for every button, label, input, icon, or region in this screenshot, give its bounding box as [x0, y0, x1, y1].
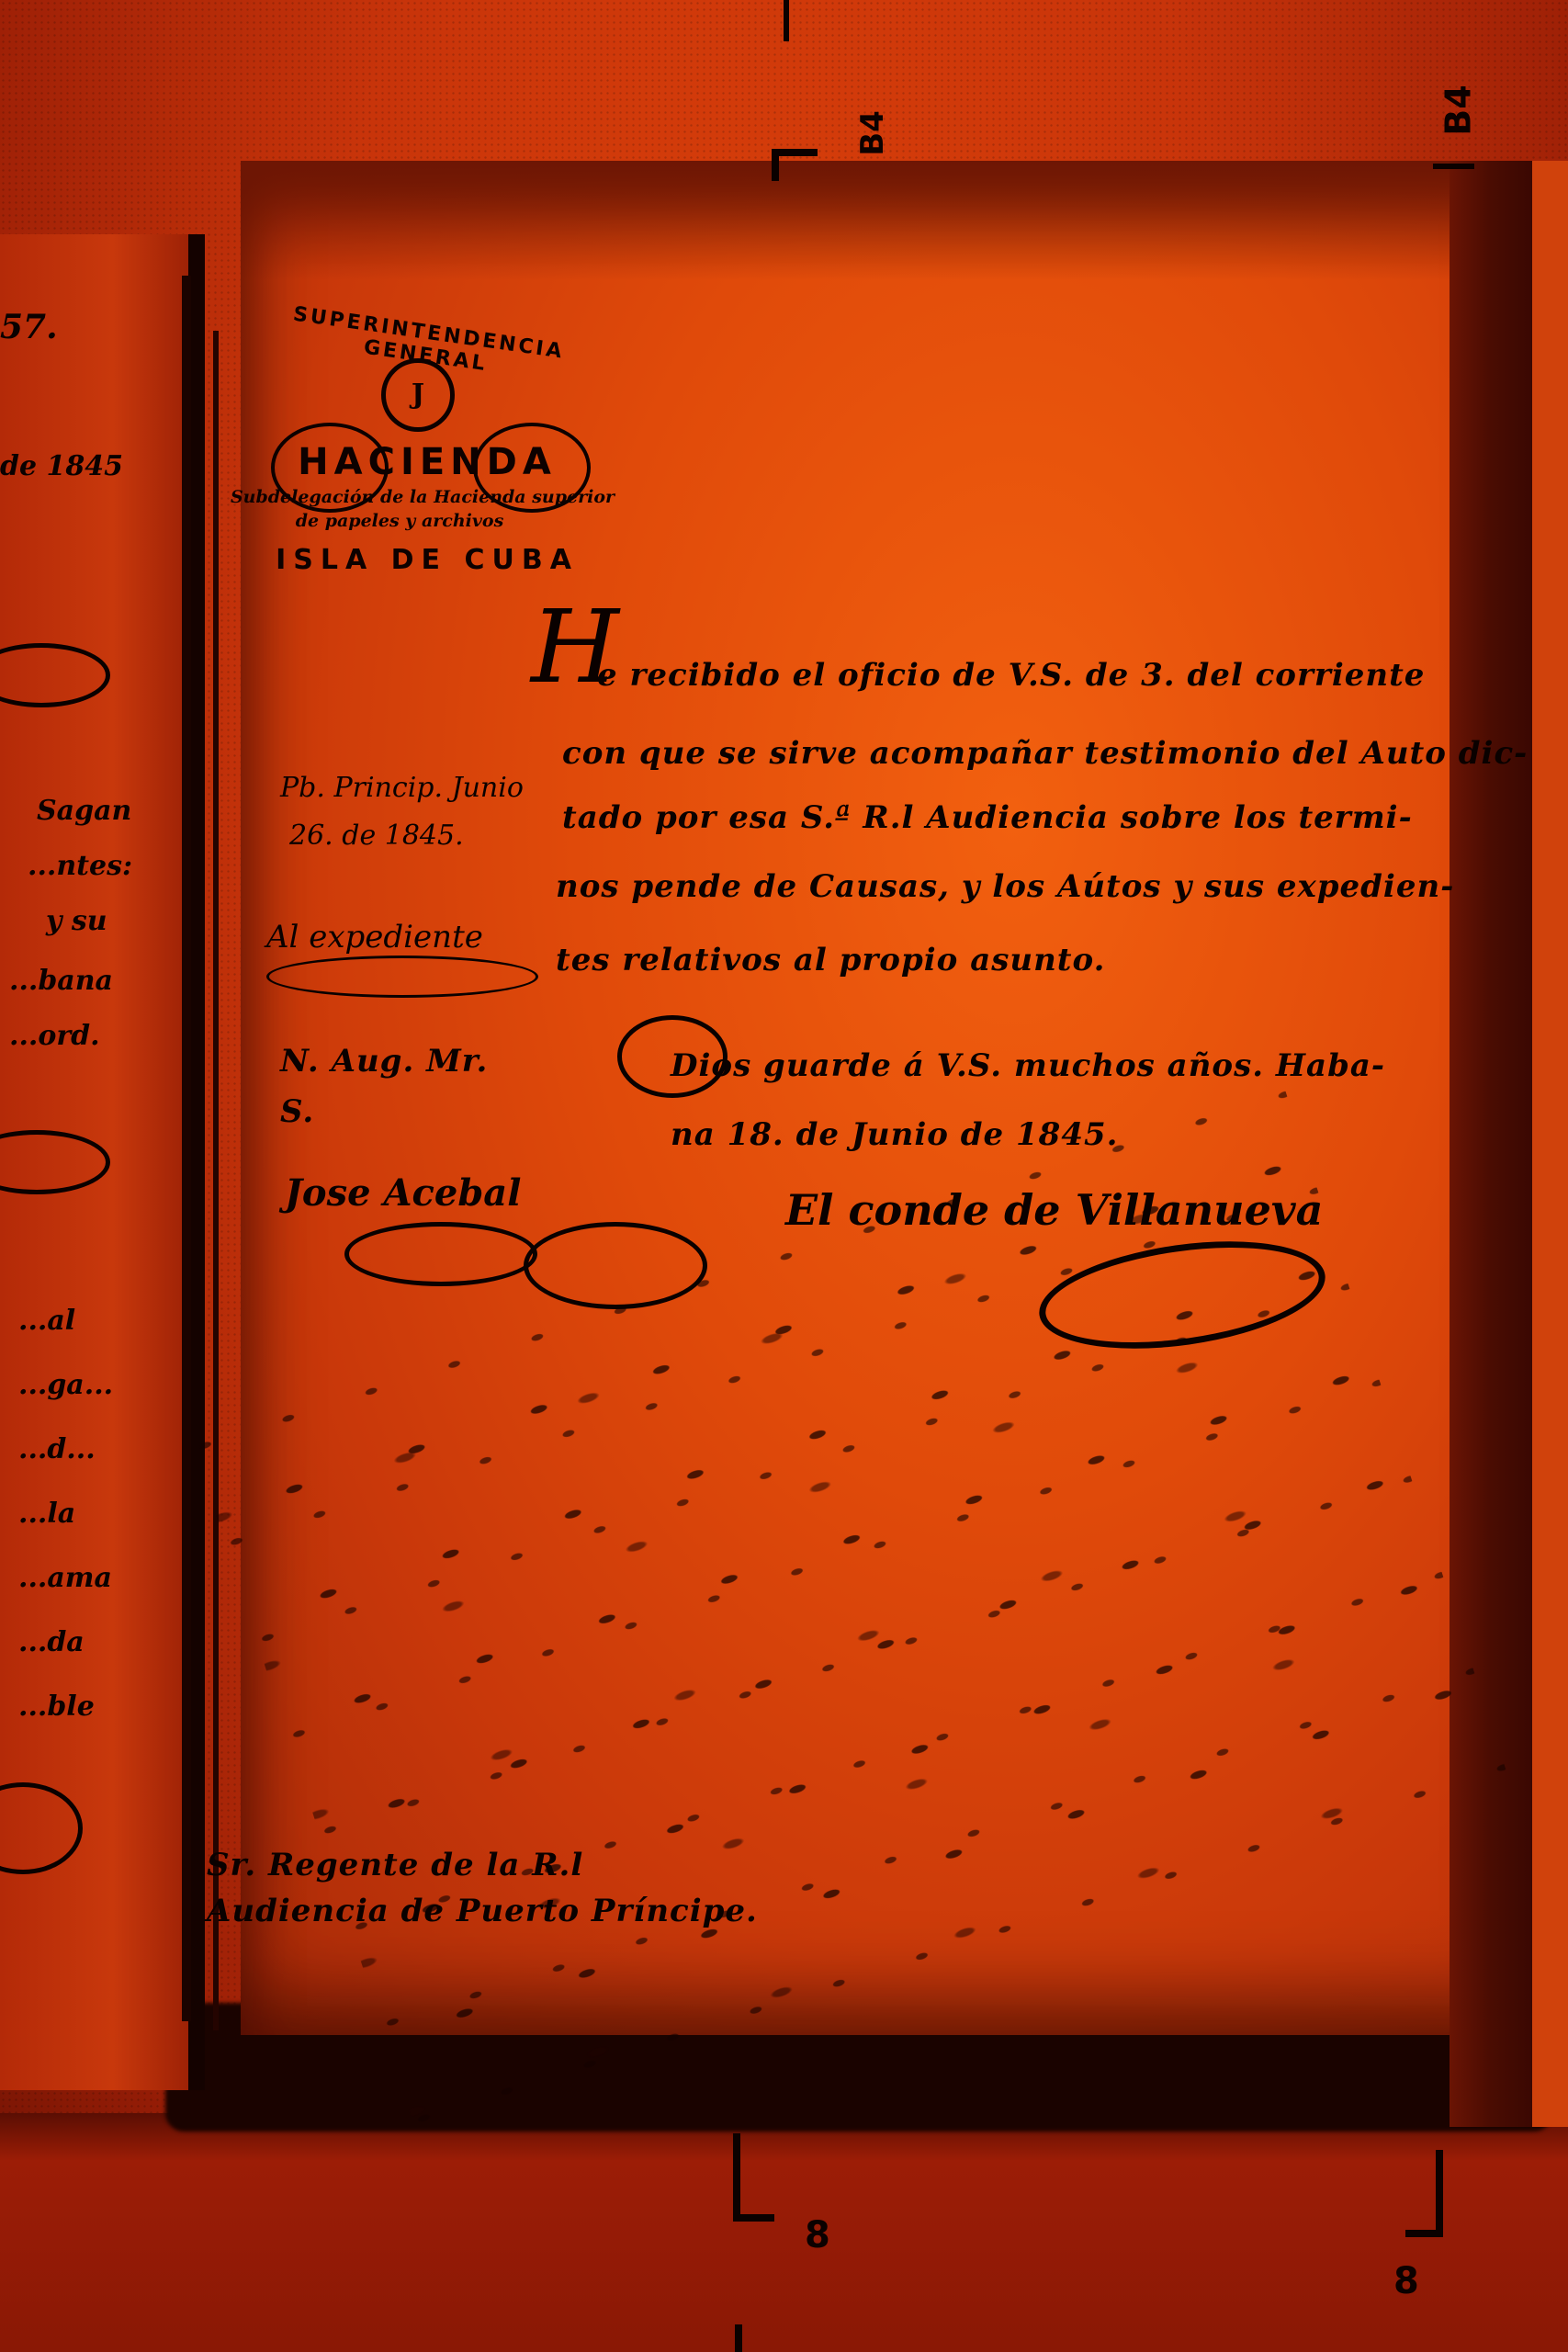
body-line: con que se sirve acompañar testimonio de…: [562, 735, 1528, 772]
closing-line-2: na 18. de Junio de 1845.: [671, 1116, 1118, 1153]
left-line: ...ntes:: [28, 850, 132, 882]
crop-corner-mark: [733, 2133, 740, 2221]
clerk-signature: Jose Acebal: [285, 1171, 521, 1215]
official-stamp: SUPERINTENDENCIA GENERAL J HACIENDA Subd…: [225, 303, 620, 579]
left-line: ...ble: [18, 1690, 95, 1723]
binding-edge: [182, 276, 191, 2021]
left-line: ...la: [18, 1498, 75, 1530]
crop-corner-mark: [1436, 2150, 1443, 2237]
registry-note-line-1: Pb. Princip. Junio: [280, 772, 524, 804]
addressee-line-2: Audiencia de Puerto Príncipe.: [207, 1893, 758, 1929]
left-line: y su: [46, 905, 107, 937]
left-line: ...ga...: [18, 1369, 113, 1401]
left-page-date: de 1845: [0, 450, 123, 482]
crop-corner-mark: [1405, 2230, 1442, 2237]
left-line: ...da: [18, 1626, 85, 1658]
left-line: ...ord.: [9, 1020, 100, 1052]
left-line: Sagan: [37, 795, 131, 827]
expediente-note: Al expediente: [266, 919, 483, 955]
left-page-header: 57.: [0, 308, 58, 346]
background-lower-area: [0, 2113, 1568, 2352]
addressee-line-1: Sr. Regente de la R.l: [207, 1847, 583, 1883]
clerk-signature-flourish: [344, 1222, 537, 1286]
expediente-flourish: [266, 955, 538, 998]
stamp-subtitle: de papeles y archivos: [262, 511, 537, 531]
left-line: ...bana: [9, 965, 113, 997]
clerk-signature-flourish: [524, 1222, 707, 1309]
body-line: tado por esa S.ª R.l Audiencia sobre los…: [562, 799, 1413, 836]
left-line: ...al: [18, 1305, 75, 1337]
folio-marker-bottom-left: 8: [805, 2214, 830, 2256]
count-signature: El conde de Villanueva: [785, 1185, 1323, 1235]
left-line: ...ama: [18, 1562, 112, 1594]
body-line: tes relativos al propio asunto.: [556, 942, 1105, 978]
crop-tick: [735, 2324, 742, 2352]
body-line: nos pende de Causas, y los Aútos y sus e…: [556, 868, 1454, 905]
crop-corner-mark: [733, 2214, 774, 2222]
sheet-right-border: [1450, 161, 1532, 2127]
background-right-edge: [1532, 161, 1568, 2127]
folio-marker-bottom-right: 8: [1393, 2260, 1419, 2302]
folio-marker-top-right: B4: [1438, 85, 1479, 135]
left-line: ...d...: [18, 1433, 96, 1465]
salutation-line-2: S.: [280, 1093, 314, 1130]
crop-tick: [1433, 164, 1474, 169]
registry-note-line-2: 26. de 1845.: [289, 820, 464, 852]
sheet-top-stain: [241, 161, 1527, 280]
salutation-line-1: N. Aug. Mr.: [280, 1043, 488, 1080]
binding-edge: [213, 331, 219, 2030]
folio-marker-top-left: B4: [854, 110, 891, 156]
body-line: e recibido el oficio de V.S. de 3. del c…: [597, 657, 1425, 694]
stamp-main-text: HACIENDA: [280, 441, 574, 483]
crop-corner-mark: [772, 149, 779, 181]
stamp-bottom-text: ISLA DE CUBA: [243, 544, 611, 576]
crop-tick: [784, 0, 789, 41]
stamp-subtitle: Subdelegación de la Hacienda superior: [225, 487, 620, 507]
stamp-crest-icon: J: [381, 358, 455, 432]
closing-line-1: Dios guarde á V.S. muchos años. Haba-: [671, 1047, 1385, 1084]
